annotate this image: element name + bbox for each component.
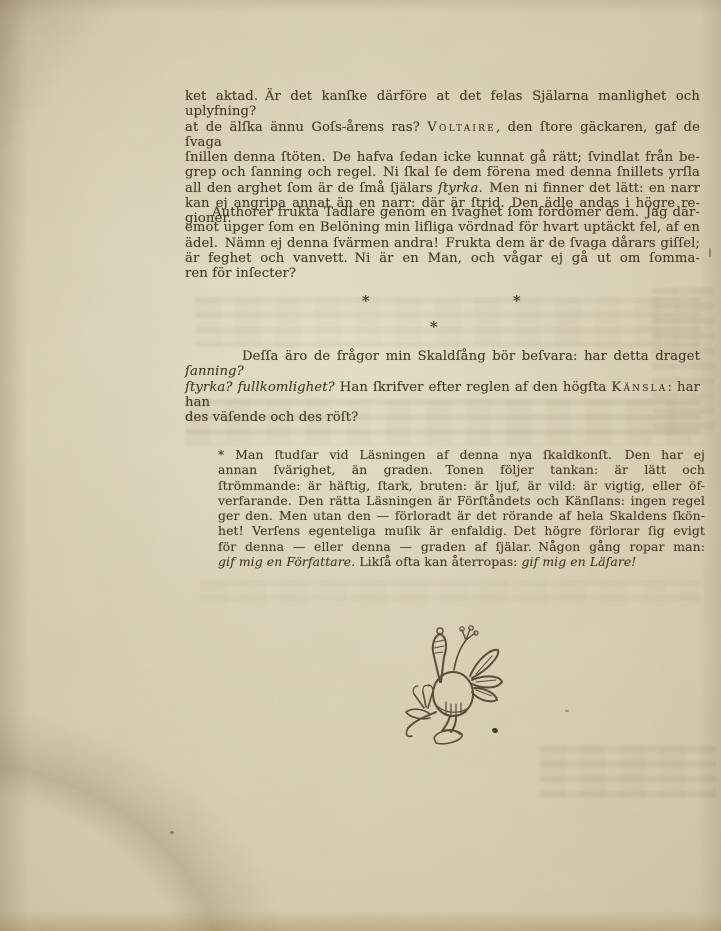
text-run: för denna — eller denna — graden af ſjäl… — [218, 539, 705, 554]
text-line: ädel. Nämn ej denna ſvärmen andra! Frukt… — [185, 236, 700, 251]
italic-run: ſtyrka — [438, 181, 478, 196]
text-run: emot upger ſom en Belöning min lifliga v… — [185, 220, 700, 235]
section-asterisk: * — [362, 294, 370, 309]
ink-speck — [709, 248, 711, 257]
text-line: ſtrömmande: är häftig, ſtark, bruten: är… — [218, 478, 705, 493]
page-edge-shadow — [0, 0, 721, 14]
text-run: ren för inſecter? — [185, 266, 296, 281]
italic-run: gif mig en Författare. — [218, 554, 355, 569]
text-run: Han ſkrifver efter reglen af den högſta — [335, 380, 612, 395]
section-asterisk: * — [430, 320, 438, 335]
text-line: at de älſka ännu Goſs-årens ras? Voltair… — [185, 120, 700, 151]
italic-run: ſtyrka? fullkomlighet? — [185, 380, 335, 395]
text-run: ſnillen denna ſtöten. De hafva ſedan ick… — [185, 150, 700, 165]
text-run: verfarande. Den rätta Läsningen är Förſt… — [218, 493, 705, 508]
text-line: ſnillen denna ſtöten. De hafva ſedan ick… — [185, 150, 700, 165]
book-page-scan: ket aktad. Är det kanſke därföre at det … — [0, 0, 721, 931]
paragraph-3: Deſſa äro de frågor min Skaldſång bör be… — [185, 349, 700, 425]
text-run: at de älſka ännu Goſs-årens ras? — [185, 120, 427, 135]
text-run: des väſende och des röſt? — [185, 410, 358, 425]
text-line: all den arghet ſom är de ſmå ſjälars ſty… — [185, 181, 700, 196]
footnote-paragraph: * Man ſtudſar vid Läsningen af denna nya… — [218, 447, 705, 569]
text-run: ket aktad. Är det kanſke därföre at det … — [185, 89, 700, 119]
text-line: annan ſvärighet, än graden. Tonen följer… — [218, 462, 705, 477]
text-run: het! Verſens egenteliga muſik är enfaldi… — [218, 523, 705, 538]
text-line: grep och ſanning och regel. Ni ſkal ſe d… — [185, 165, 700, 180]
verso-showthrough — [195, 297, 700, 347]
text-line: Deſſa äro de frågor min Skaldſång bör be… — [185, 349, 700, 380]
text-line: för denna — eller denna — graden af ſjäl… — [218, 539, 705, 554]
text-run: grep och ſanning och regel. Ni ſkal ſe d… — [185, 165, 700, 180]
ink-speck — [565, 710, 569, 713]
paragraph-2: Authorer frukta Tadlare genom en ſvaghet… — [185, 205, 700, 281]
text-line: verfarande. Den rätta Läsningen är Förſt… — [218, 493, 705, 508]
text-line: ſtyrka? fullkomlighet? Han ſkrifver efte… — [185, 380, 700, 411]
section-asterisk: * — [513, 294, 521, 309]
text-line: är feghet och vanvett. Ni är en Man, och… — [185, 251, 700, 266]
page-edge-shadow — [0, 0, 28, 931]
text-run: ſtrömmande: är häftig, ſtark, bruten: är… — [218, 478, 705, 493]
verso-showthrough — [540, 746, 716, 798]
text-run: all den arghet ſom är de ſmå ſjälars — [185, 181, 438, 196]
text-line: emot upger ſom en Belöning min lifliga v… — [185, 220, 700, 235]
text-line: ren för inſecter? — [185, 266, 700, 281]
text-line: des väſende och des röſt? — [185, 410, 700, 425]
text-line: ger den. Men utan den — förloradt är det… — [218, 508, 705, 523]
verso-showthrough — [200, 580, 700, 606]
text-line: ket aktad. Är det kanſke därföre at det … — [185, 89, 700, 120]
floral-ornament-icon — [396, 624, 506, 746]
text-run: . Men ni finner det lätt: en narr — [478, 181, 700, 196]
page-curl-shadow — [0, 651, 320, 931]
small-caps-name: Voltaire — [427, 120, 496, 135]
text-run: * Man ſtudſar vid Läsningen af denna nya… — [218, 447, 705, 462]
text-line: gif mig en Författare. Likſå ofta kan åt… — [218, 554, 705, 569]
ink-speck — [170, 831, 174, 834]
text-run: Likſå ofta kan återropas: — [355, 554, 521, 569]
text-run: ger den. Men utan den — förloradt är det… — [218, 508, 705, 523]
text-run: är feghet och vanvett. Ni är en Man, och… — [185, 251, 700, 266]
text-line: het! Verſens egenteliga muſik är enfaldi… — [218, 523, 705, 538]
text-run: ädel. Nämn ej denna ſvärmen andra! Frukt… — [185, 236, 700, 251]
italic-run: gif mig en Läſare! — [522, 554, 637, 569]
text-run: Authorer frukta Tadlare genom en ſvaghet… — [212, 205, 700, 220]
page-edge-shadow — [0, 911, 721, 931]
italic-run: ſanning? — [185, 364, 244, 379]
text-line: Authorer frukta Tadlare genom en ſvaghet… — [185, 205, 700, 220]
text-run: annan ſvärighet, än graden. Tonen följer… — [218, 462, 705, 477]
text-run: Deſſa äro de frågor min Skaldſång bör be… — [242, 349, 700, 364]
text-line: * Man ſtudſar vid Läsningen af denna nya… — [218, 447, 705, 462]
page-corner-shadow — [0, 0, 170, 150]
small-caps-name: Känsla — [611, 380, 667, 395]
